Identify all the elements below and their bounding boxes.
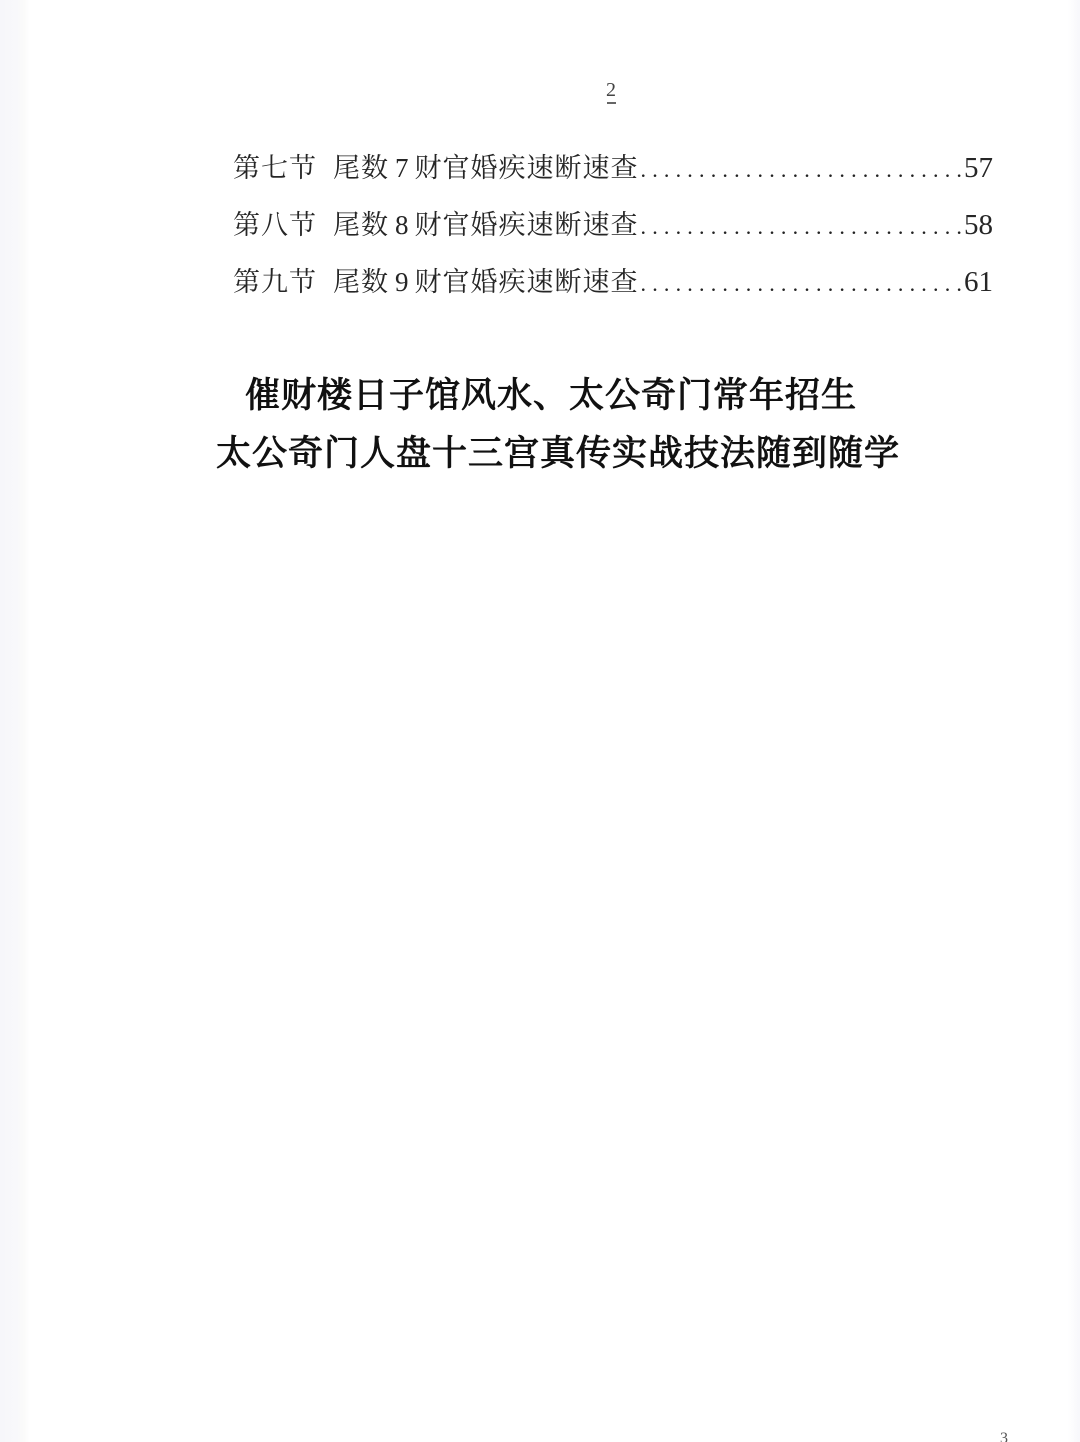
toc-dot-leader (641, 141, 963, 198)
table-of-contents: 第七节 尾数 7 财官婚疾速断速查 57 第八节 尾数 8 财官婚疾速断速查 5… (233, 140, 993, 311)
toc-entry: 第七节 尾数 7 财官婚疾速断速查 57 (233, 140, 993, 197)
toc-title-digit: 7 (395, 140, 409, 197)
announcement-heading-line-1: 催财楼日子馆风水、太公奇门常年招生 (0, 368, 1080, 418)
toc-title-digit: 8 (395, 197, 409, 254)
toc-section-label: 第九节 (233, 254, 317, 311)
page-number-value: 2 (606, 79, 616, 101)
toc-entry: 第八节 尾数 8 财官婚疾速断速查 58 (233, 197, 993, 254)
scan-edge-left (0, 0, 30, 1442)
next-page-number-partial: 3 (1000, 1432, 1008, 1442)
toc-section-label: 第八节 (233, 197, 317, 254)
toc-title-prefix: 尾数 (333, 254, 389, 311)
toc-title-suffix: 财官婚疾速断速查 (415, 140, 639, 197)
page-number: 2 (600, 80, 622, 104)
toc-title-suffix: 财官婚疾速断速查 (415, 197, 639, 254)
toc-section-label: 第七节 (233, 140, 317, 197)
toc-dot-leader (641, 255, 963, 312)
toc-title-prefix: 尾数 (333, 140, 389, 197)
announcement-heading-line-2: 太公奇门人盘十三宫真传实战技法随到随学 (0, 426, 1080, 476)
toc-title-digit: 9 (395, 254, 409, 311)
toc-entry: 第九节 尾数 9 财官婚疾速断速查 61 (233, 254, 993, 311)
toc-dot-leader (641, 198, 963, 255)
scan-edge-right (1068, 0, 1080, 1442)
toc-page-number: 58 (962, 197, 993, 254)
toc-page-number: 61 (962, 254, 993, 311)
toc-title-prefix: 尾数 (333, 197, 389, 254)
page-number-underline (607, 102, 616, 104)
toc-title-suffix: 财官婚疾速断速查 (415, 254, 639, 311)
toc-page-number: 57 (962, 140, 993, 197)
